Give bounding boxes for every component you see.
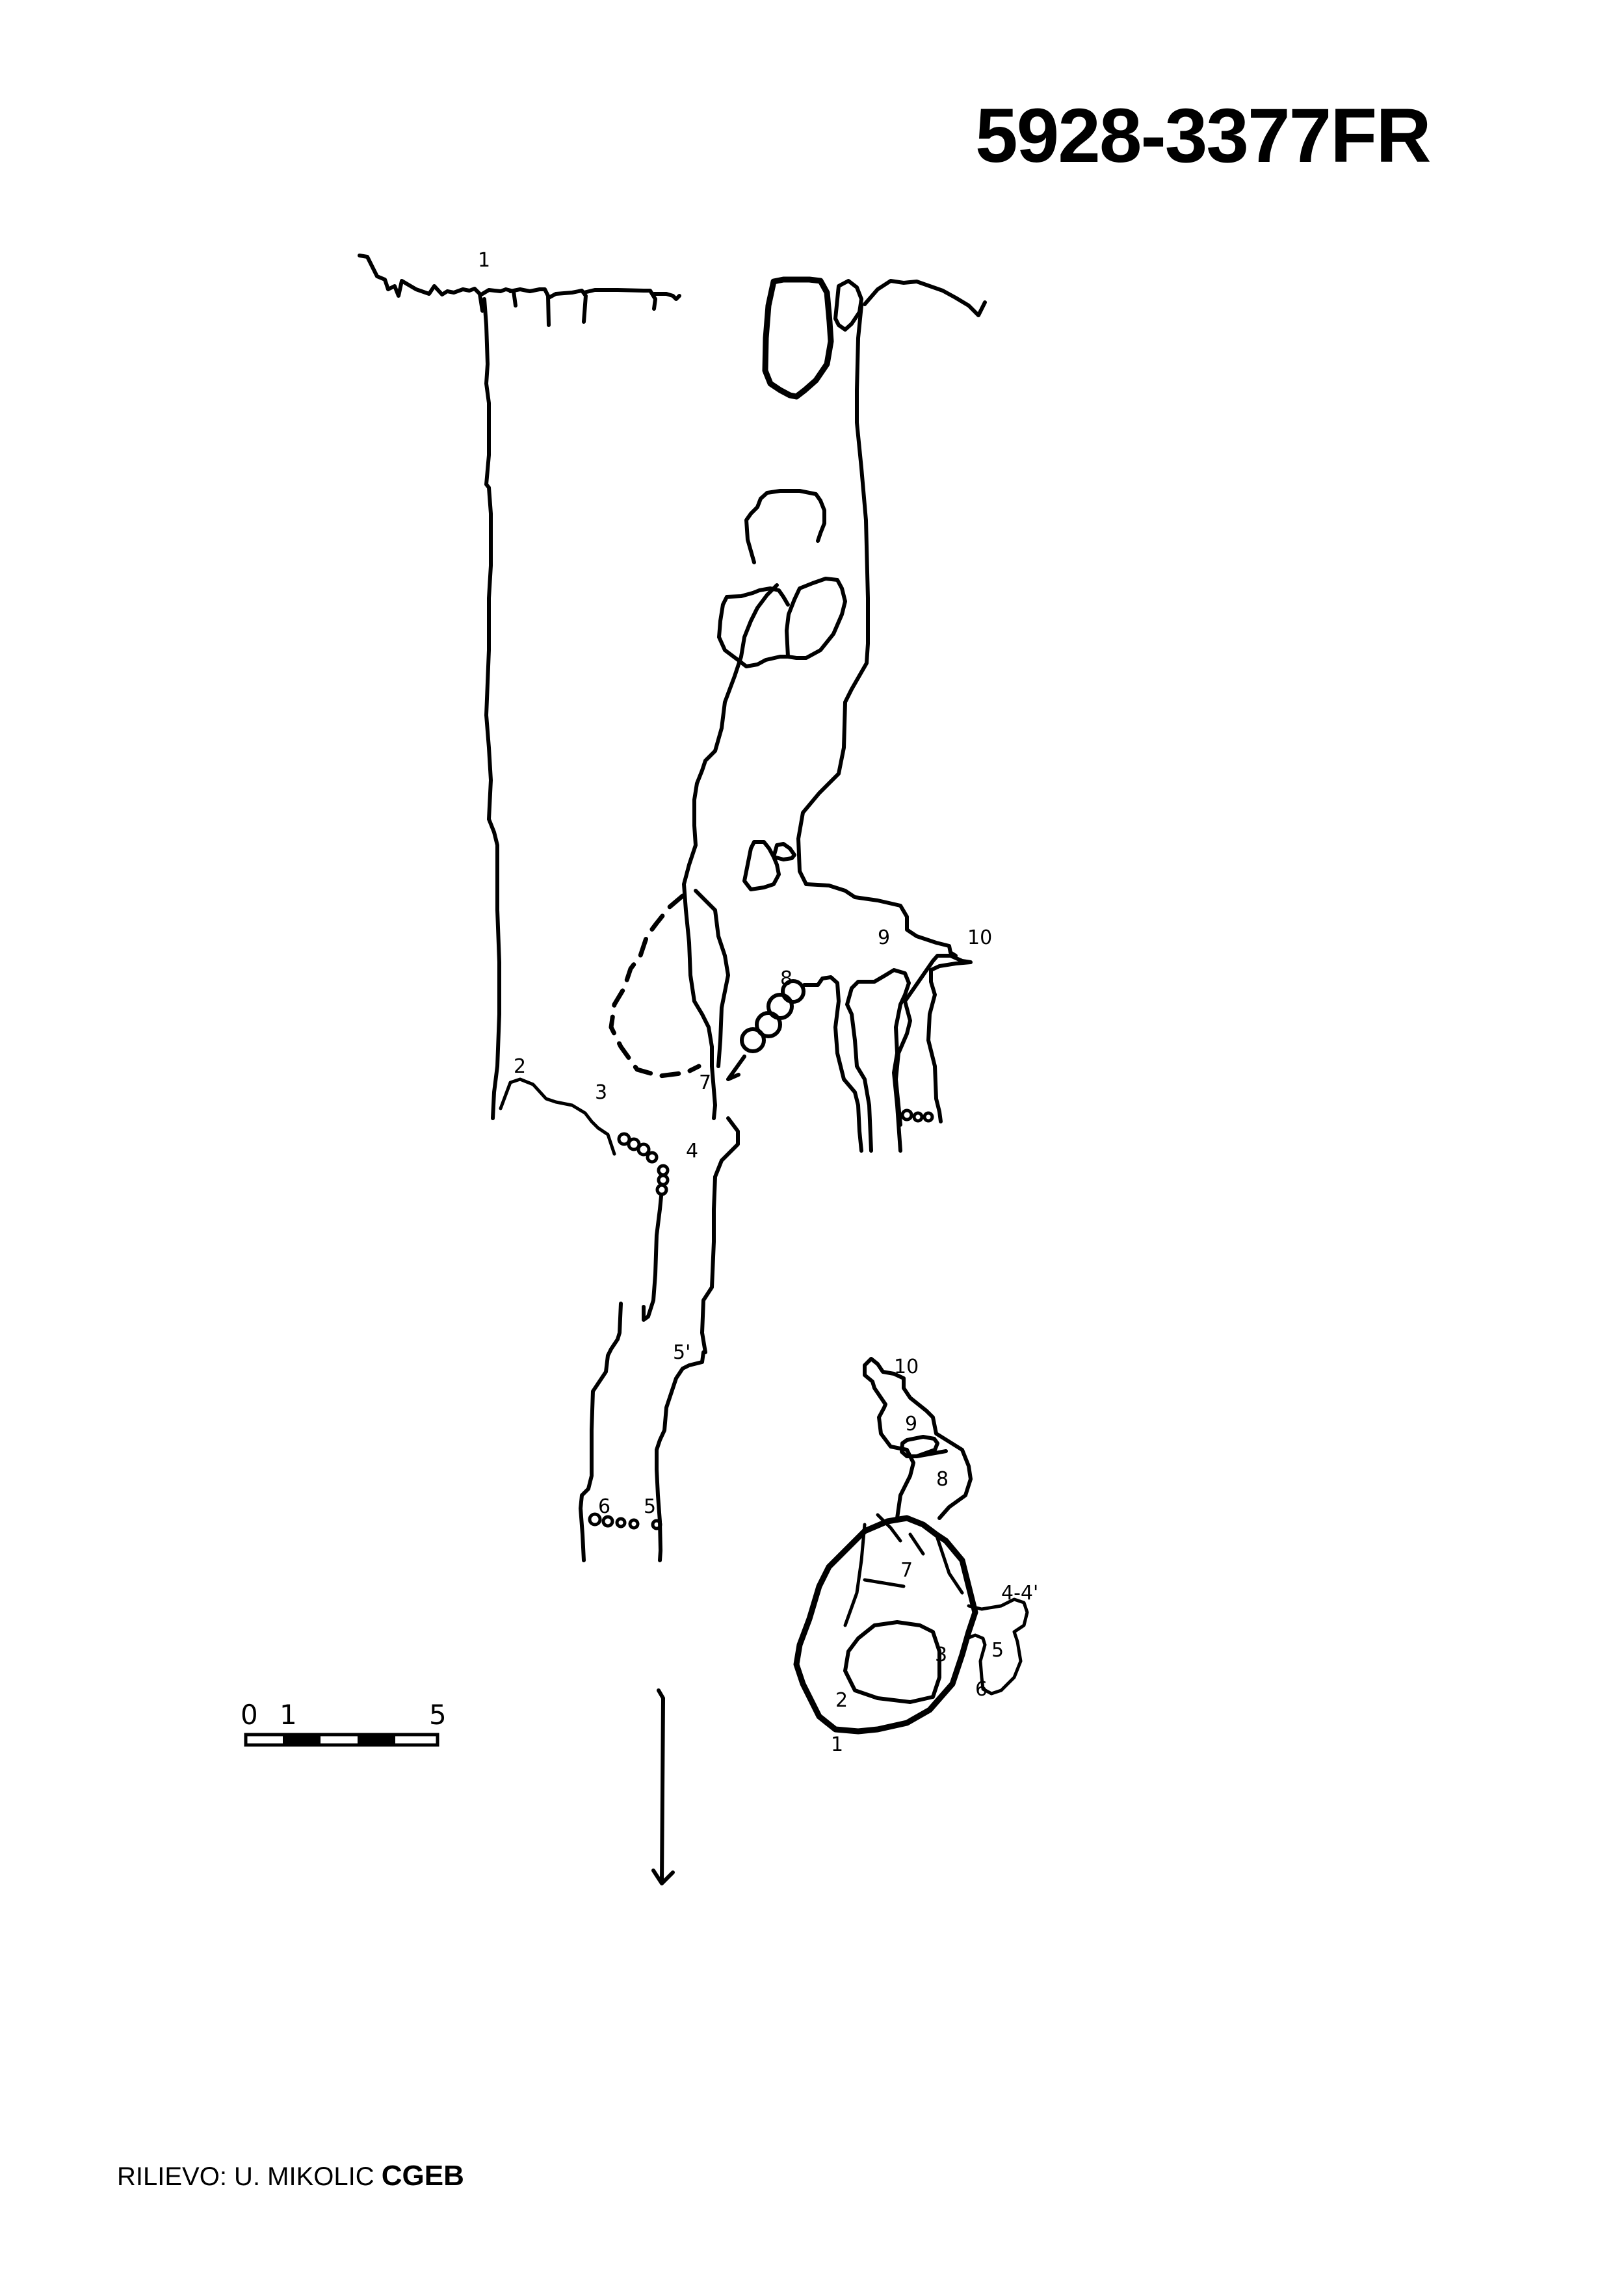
north-arrow-icon xyxy=(653,1690,673,1883)
floor-pebbles xyxy=(619,1134,668,1194)
label-station-5: 5 xyxy=(644,1495,656,1518)
branch-pebble-chain xyxy=(742,981,804,1051)
label-station-1: 1 xyxy=(478,249,490,272)
shaft-small-boulder xyxy=(744,842,794,889)
plan-label-3: 3 xyxy=(935,1644,947,1666)
label-station-10: 10 xyxy=(967,926,992,949)
plan-label-9: 9 xyxy=(905,1413,917,1436)
plan-label-10: 10 xyxy=(894,1356,919,1378)
organization-label: CGEB xyxy=(382,2160,464,2192)
shaft-boulder-lower-left xyxy=(719,588,788,666)
lower-passage-right-lower xyxy=(657,1352,703,1560)
survey-drawing: 1 2 3 4 5' 5 6 7 8 9 10 1 2 3 4-4' 5 6 7 xyxy=(0,0,1624,2269)
plan-label-2: 2 xyxy=(835,1689,848,1712)
label-station-4: 4 xyxy=(686,1140,698,1162)
label-station-3: 3 xyxy=(595,1081,607,1104)
scale-label-1: 1 xyxy=(280,1699,297,1731)
plan-label-6: 6 xyxy=(975,1678,988,1701)
plan-label-8: 8 xyxy=(936,1468,949,1491)
ground-surface-line xyxy=(360,256,679,325)
label-station-2: 2 xyxy=(514,1055,526,1078)
plan-label-4-4p: 4-4' xyxy=(1001,1582,1038,1605)
label-station-7: 7 xyxy=(699,1071,711,1094)
survey-credit: RILIEVO: U. MIKOLIC CGEB xyxy=(117,2162,464,2190)
plan-label-1: 1 xyxy=(831,1733,843,1756)
shaft-boulder-lower-right xyxy=(787,579,845,658)
lower-passage-left-wall xyxy=(644,1196,661,1320)
label-station-6: 6 xyxy=(598,1495,610,1518)
scale-bar: 0 1 5 xyxy=(241,1699,447,1745)
branch-10-pebbles xyxy=(902,1110,932,1121)
scale-label-0: 0 xyxy=(241,1699,258,1731)
plan-inner-floor xyxy=(845,1622,939,1702)
label-station-5p: 5' xyxy=(673,1341,690,1364)
plan-label-7: 7 xyxy=(900,1559,913,1582)
label-station-9: 9 xyxy=(878,926,890,949)
shaft-right-wall xyxy=(798,306,956,956)
entrance-small-boulder xyxy=(835,281,861,330)
shaft-left-wall xyxy=(484,299,499,1118)
label-station-8: 8 xyxy=(780,967,792,990)
lower-passage-right-wall xyxy=(702,1118,738,1352)
plan-view: 1 2 3 4-4' 5 6 7 8 9 10 xyxy=(796,1356,1038,1756)
scale-label-5: 5 xyxy=(429,1699,447,1731)
surveyor-label: RILIEVO: U. MIKOLIC xyxy=(117,2162,374,2191)
plan-label-5: 5 xyxy=(991,1639,1004,1662)
entrance-boulder xyxy=(765,280,831,397)
cave-survey-sheet: 5928-3377FR xyxy=(0,0,1624,2269)
ground-surface-right xyxy=(865,281,985,315)
shaft-boulder-upper xyxy=(746,491,824,562)
